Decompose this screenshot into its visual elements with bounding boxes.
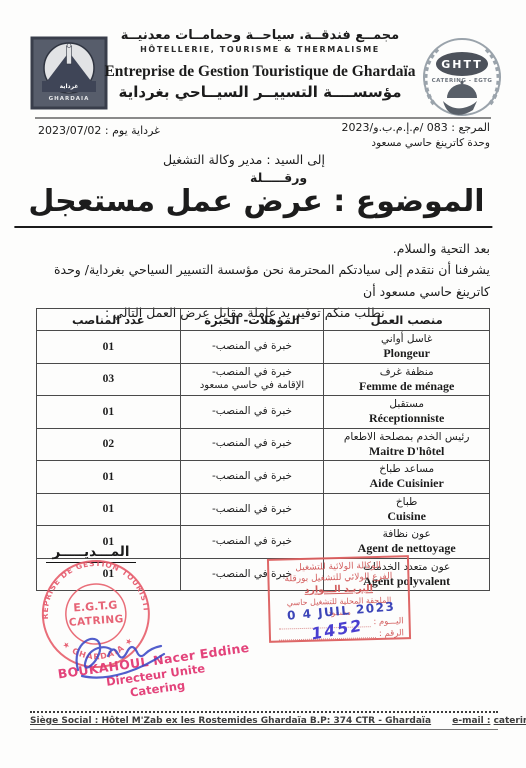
document-page: غرداية GHARDAIA مجمــع فندقــة. سياحــة … <box>0 0 526 768</box>
header-job-position: منصب العمل <box>324 309 490 331</box>
company-name-arabic: مؤسســــة التسييــر السيــاحي بغرداية <box>104 83 416 101</box>
cell-job: مستقبلRéceptionniste <box>324 396 490 429</box>
cell-qualification: خبرة في المنصب- <box>180 428 324 461</box>
cell-job: عون نظافةAgent de nettoyage <box>324 526 490 559</box>
cell-qualification: خبرة في المنصب-الإقامة في حاسي مسعود <box>180 363 324 396</box>
job-name-arabic: مستقبل <box>326 398 487 411</box>
cell-count: 01 <box>37 331 181 364</box>
experience-text: خبرة في المنصب- <box>183 535 322 549</box>
body-line-1: يشرفنا أن نتقدم إلى سيادتكم المحترمة نحن… <box>35 259 490 302</box>
cell-count: 02 <box>37 428 181 461</box>
recipient-city: ورقـــــلة <box>250 170 307 185</box>
header-qualifications: المؤهلات- الخبرة <box>180 309 324 331</box>
ghardaia-emblem-icon: غرداية GHARDAIA <box>30 36 108 110</box>
job-name-french: Femme de ménage <box>326 379 487 393</box>
greeting-line: بعد التحية والسلام. <box>35 238 490 259</box>
experience-extra: الإقامة في حاسي مسعود <box>183 380 322 392</box>
header-divider <box>35 117 491 119</box>
cell-job: طباخCuisine <box>324 493 490 526</box>
job-name-arabic: غاسل أواني <box>326 333 487 346</box>
job-name-arabic: منظفة غرف <box>326 366 487 379</box>
company-name-french: Entreprise de Gestion Touristique de Gha… <box>104 63 416 81</box>
cell-job: مساعد طباخAide Cuisinier <box>324 461 490 494</box>
signature-icon <box>64 626 180 688</box>
header-position-count: عدد المناصب <box>37 309 181 331</box>
table-header-row: منصب العمل المؤهلات- الخبرة عدد المناصب <box>37 309 490 331</box>
svg-text:غرداية: غرداية <box>60 83 79 90</box>
cell-count: 01 <box>37 396 181 429</box>
group-name-arabic: مجمــع فندقــة. سياحــة وحمامــات معدنيـ… <box>104 28 416 43</box>
experience-text: خبرة في المنصب- <box>183 340 322 354</box>
footer-address: Siège Social : Hôtel M'Zab ex les Rostem… <box>30 716 431 726</box>
cell-job: غاسل أوانيPlongeur <box>324 331 490 364</box>
job-name-french: Agent de nettoyage <box>326 541 487 555</box>
date-line: غرداية يوم : 2023/07/02 <box>38 124 160 137</box>
cell-qualification: خبرة في المنصب- <box>180 331 324 364</box>
footer-email: catering.egtg@yahoo.com <box>494 716 526 726</box>
experience-text: خبرة في المنصب- <box>183 366 322 380</box>
svg-text:GHTT: GHTT <box>441 58 483 71</box>
svg-text:E.G.T.G: E.G.T.G <box>73 599 118 615</box>
footer: Siège Social : Hôtel M'Zab ex les Rostem… <box>30 716 498 730</box>
ghtt-logo-icon: GHTT CATERING - EGTG <box>416 34 508 120</box>
cell-qualification: خبرة في المنصب- <box>180 461 324 494</box>
cell-job: رئيس الخدم بمصلحة الاطعامMaitre D'hôtel <box>324 428 490 461</box>
job-name-french: Aide Cuisinier <box>326 476 487 490</box>
ghardaia-emblem-logo: غرداية GHARDAIA <box>30 36 108 114</box>
job-name-arabic: رئيس الخدم بمصلحة الاطعام <box>326 431 487 444</box>
job-name-french: Cuisine <box>326 509 487 523</box>
table-row: منظفة غرفFemme de ménage خبرة في المنصب-… <box>37 363 490 396</box>
experience-text: خبرة في المنصب- <box>183 470 322 484</box>
stamp-number-label: الرقم : <box>379 628 404 640</box>
cell-count: 01 <box>37 461 181 494</box>
ghtt-catering-logo: GHTT CATERING - EGTG <box>416 34 508 124</box>
reference-block: المرجع : 083 /م.إ.م.ب.و/2023 وحدة كاترين… <box>342 121 490 149</box>
footer-divider <box>30 711 498 713</box>
recipient-line: إلى السيد : مدير وكالة التشغيل <box>163 152 325 167</box>
table-row: طباخCuisine خبرة في المنصب- 01 <box>37 493 490 526</box>
cell-qualification: خبرة في المنصب- <box>180 396 324 429</box>
cell-count: 03 <box>37 363 181 396</box>
handwritten-signature <box>64 626 180 692</box>
cell-job: منظفة غرفFemme de ménage <box>324 363 490 396</box>
letterhead: مجمــع فندقــة. سياحــة وحمامــات معدنيـ… <box>104 28 416 101</box>
table-row: مستقبلRéceptionniste خبرة في المنصب- 01 <box>37 396 490 429</box>
subject-title: الموضوع : عرض عمل مستعجل <box>14 184 492 228</box>
job-name-french: Plongeur <box>326 346 487 360</box>
job-name-arabic: مساعد طباخ <box>326 463 487 476</box>
svg-text:GHARDAIA: GHARDAIA <box>49 96 90 102</box>
cell-qualification: خبرة في المنصب- <box>180 493 324 526</box>
cell-qualification: خبرة في المنصب- <box>180 526 324 559</box>
footer-email-label: e-mail : <box>452 716 490 726</box>
table-row: غاسل أوانيPlongeur خبرة في المنصب- 01 <box>37 331 490 364</box>
experience-text: خبرة في المنصب- <box>183 503 322 517</box>
job-name-french: Réceptionniste <box>326 411 487 425</box>
cell-count: 01 <box>37 493 181 526</box>
stamp-day-label: اليـــوم : <box>373 617 404 629</box>
table-row: رئيس الخدم بمصلحة الاطعامMaitre D'hôtel … <box>37 428 490 461</box>
job-name-french: Maitre D'hôtel <box>326 444 487 458</box>
table-row: مساعد طباخAide Cuisinier خبرة في المنصب-… <box>37 461 490 494</box>
job-name-arabic: طباخ <box>326 496 487 509</box>
experience-text: خبرة في المنصب- <box>183 405 322 419</box>
experience-text: خبرة في المنصب- <box>183 437 322 451</box>
reference-number: المرجع : 083 /م.إ.م.ب.و/2023 <box>342 121 490 134</box>
unit-line: وحدة كاترينغ حاسي مسعود <box>342 137 490 149</box>
job-name-arabic: عون نظافة <box>326 528 487 541</box>
group-name-french: HÔTELLERIE, TOURISME & THERMALISME <box>104 45 416 54</box>
